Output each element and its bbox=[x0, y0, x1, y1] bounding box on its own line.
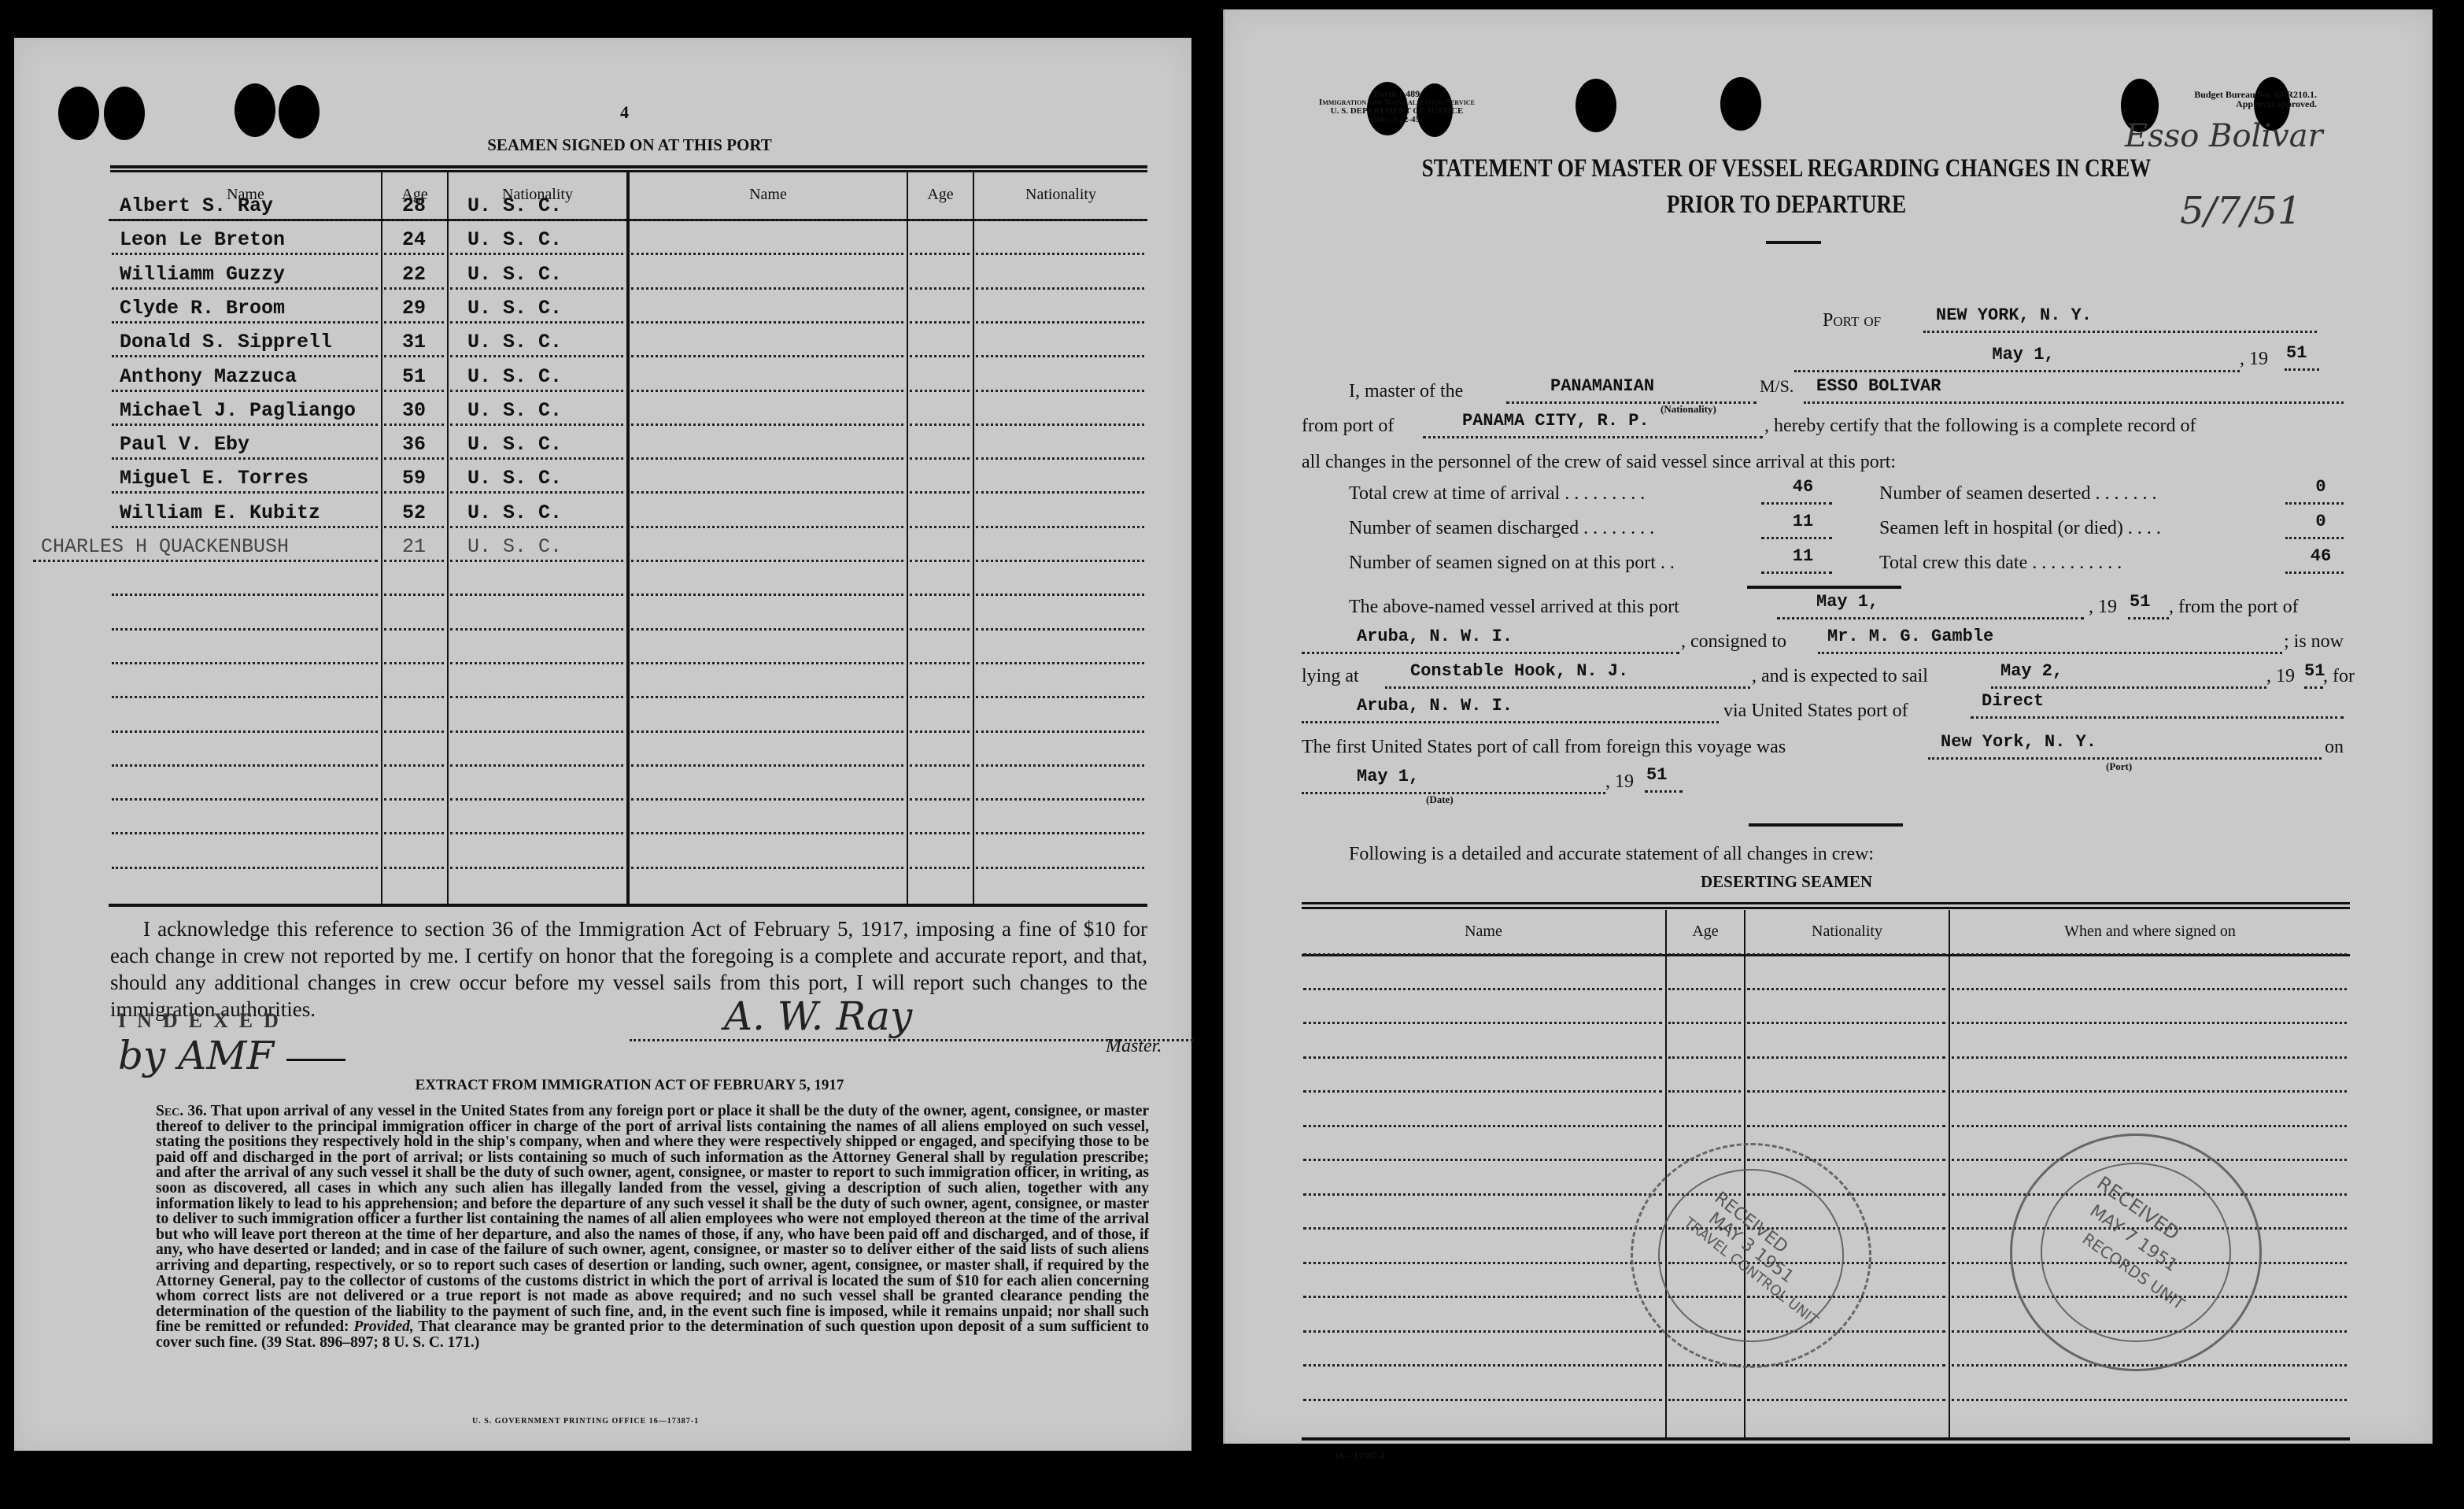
empty-cell bbox=[910, 631, 970, 664]
empty-cell bbox=[976, 256, 1144, 290]
empty-cell bbox=[910, 733, 970, 767]
empty-cell bbox=[631, 631, 903, 664]
empty-cell bbox=[631, 664, 903, 698]
empty-cell bbox=[1668, 956, 1741, 990]
empty-cell bbox=[631, 528, 903, 562]
empty-cell bbox=[450, 562, 623, 596]
cell-nationality: U. S. C. bbox=[450, 256, 623, 290]
seaman-name: William E. Kubitz bbox=[120, 501, 320, 524]
empty-cell bbox=[384, 664, 444, 698]
master-signature: A. W. Ray bbox=[724, 993, 912, 1039]
sail-date-field: May 2, bbox=[1991, 661, 2266, 689]
empty-cell bbox=[910, 597, 970, 631]
empty-cell bbox=[976, 494, 1144, 528]
empty-cell bbox=[112, 733, 378, 767]
empty-cell bbox=[631, 733, 903, 767]
empty-cell bbox=[450, 835, 623, 869]
cell-age: 36 bbox=[384, 426, 444, 460]
seaman-name: Clyde R. Broom bbox=[120, 297, 285, 320]
seaman-age: 22 bbox=[402, 263, 426, 286]
form-code: 16—17387-4 bbox=[1335, 1450, 1385, 1462]
count-label: Total crew at time of arrival . . . . . … bbox=[1349, 483, 1645, 505]
seaman-age: 24 bbox=[402, 228, 426, 251]
count-value-field: 11 bbox=[1761, 546, 1832, 574]
empty-cell bbox=[450, 631, 623, 664]
seaman-age: 21 bbox=[402, 535, 426, 558]
extract-title: EXTRACT FROM IMMIGRATION ACT OF FEBRUARY… bbox=[236, 1077, 1023, 1094]
received-stamp-travel-control: RECEIVED MAY 3 1951 TRAVEL CONTROL UNIT bbox=[1631, 1143, 1871, 1368]
empty-cell bbox=[976, 426, 1144, 460]
count-label: Seamen left in hospital (or died) . . . … bbox=[1879, 518, 2161, 539]
count-label: Number of seamen deserted . . . . . . . bbox=[1879, 483, 2157, 505]
empty-cell bbox=[631, 801, 903, 834]
cell-name: Williamm Guzzy bbox=[112, 256, 378, 290]
empty-cell bbox=[631, 494, 903, 528]
cell-nationality: U. S. C. bbox=[450, 528, 623, 562]
empty-cell bbox=[1668, 922, 1741, 956]
seaman-age: 52 bbox=[402, 501, 426, 524]
cell-age: 21 bbox=[384, 528, 444, 562]
empty-cell bbox=[112, 699, 378, 733]
seaman-age: 36 bbox=[402, 433, 426, 456]
punch-hole bbox=[1576, 79, 1616, 132]
cell-name: Albert S. Ray bbox=[112, 187, 378, 221]
printing-office-line: U. S. GOVERNMENT PRINTING OFFICE 16—1738… bbox=[472, 1417, 699, 1426]
cell-name: Anthony Mazzuca bbox=[112, 358, 378, 392]
empty-cell bbox=[1303, 1093, 1662, 1127]
empty-cell bbox=[1747, 1025, 1945, 1059]
empty-cell bbox=[910, 324, 970, 357]
empty-cell bbox=[1668, 1367, 1741, 1401]
cell-age: 28 bbox=[384, 187, 444, 221]
cell-nationality: U. S. C. bbox=[450, 358, 623, 392]
empty-cell bbox=[384, 801, 444, 834]
cell-name: Paul V. Eby bbox=[112, 426, 378, 460]
cell-nationality: U. S. C. bbox=[450, 426, 623, 460]
from-port-field: PANAMA CITY, R. P. bbox=[1423, 411, 1763, 438]
seaman-name: Paul V. Eby bbox=[120, 433, 249, 456]
empty-cell bbox=[976, 767, 1144, 801]
seaman-age: 59 bbox=[402, 467, 426, 490]
empty-cell bbox=[976, 733, 1144, 767]
empty-cell bbox=[976, 597, 1144, 631]
empty-cell bbox=[910, 767, 970, 801]
cell-nationality: U. S. C. bbox=[450, 187, 623, 221]
port-label: Port of bbox=[1823, 310, 1881, 331]
empty-cell bbox=[112, 767, 378, 801]
seaman-nationality: U. S. C. bbox=[467, 263, 562, 286]
empty-cell bbox=[1303, 1025, 1662, 1059]
empty-cell bbox=[1952, 990, 2347, 1024]
first-port-date-field: May 1, bbox=[1302, 767, 1605, 794]
first-port-field: New York, N. Y. bbox=[1928, 732, 2322, 760]
port-field: NEW YORK, N. Y. bbox=[1923, 305, 2317, 333]
cell-age: 52 bbox=[384, 494, 444, 528]
empty-cell bbox=[1668, 1059, 1741, 1093]
empty-cell bbox=[384, 767, 444, 801]
empty-cell bbox=[1747, 1367, 1945, 1401]
cell-age: 51 bbox=[384, 358, 444, 392]
cell-name: Michael J. Pagliango bbox=[112, 392, 378, 426]
seaman-name: Miguel E. Torres bbox=[120, 467, 308, 490]
cell-age: 31 bbox=[384, 324, 444, 357]
empty-cell bbox=[976, 835, 1144, 869]
seaman-name: CHARLES H QUACKENBUSH bbox=[41, 535, 289, 558]
empty-cell bbox=[384, 699, 444, 733]
seaman-age: 29 bbox=[402, 297, 426, 320]
via-port-field: Direct bbox=[1971, 691, 2344, 719]
empty-cell bbox=[910, 358, 970, 392]
empty-cell bbox=[976, 392, 1144, 426]
empty-cell bbox=[1952, 1093, 2347, 1127]
seaman-age: 28 bbox=[402, 194, 426, 217]
empty-cell bbox=[1303, 1196, 1662, 1230]
empty-cell bbox=[1952, 956, 2347, 990]
empty-cell bbox=[384, 562, 444, 596]
empty-cell bbox=[1303, 990, 1662, 1024]
cell-nationality: U. S. C. bbox=[450, 324, 623, 357]
seaman-nationality: U. S. C. bbox=[467, 501, 562, 524]
empty-cell bbox=[384, 631, 444, 664]
empty-cell bbox=[1303, 922, 1662, 956]
empty-cell bbox=[112, 835, 378, 869]
empty-cell bbox=[631, 767, 903, 801]
seaman-nationality: U. S. C. bbox=[467, 399, 562, 422]
page-number: 4 bbox=[620, 102, 629, 123]
extract-text: Sec. 36. That upon arrival of any vessel… bbox=[156, 1104, 1149, 1351]
empty-cell bbox=[976, 324, 1144, 357]
empty-cell bbox=[976, 528, 1144, 562]
cell-name: Donald S. Sipprell bbox=[112, 324, 378, 357]
punch-hole bbox=[58, 87, 99, 140]
empty-cell bbox=[976, 801, 1144, 834]
empty-cell bbox=[631, 358, 903, 392]
empty-cell bbox=[631, 187, 903, 221]
cell-name: William E. Kubitz bbox=[112, 494, 378, 528]
empty-cell bbox=[1303, 1127, 1662, 1161]
cell-nationality: U. S. C. bbox=[450, 392, 623, 426]
empty-cell bbox=[976, 221, 1144, 255]
empty-cell bbox=[910, 256, 970, 290]
empty-cell bbox=[631, 256, 903, 290]
empty-cell bbox=[1668, 1093, 1741, 1127]
seaman-nationality: U. S. C. bbox=[467, 228, 562, 251]
cell-age: 30 bbox=[384, 392, 444, 426]
punch-hole bbox=[279, 85, 320, 139]
empty-cell bbox=[1952, 1059, 2347, 1093]
nationality-field: PANAMANIAN bbox=[1506, 376, 1757, 404]
empty-cell bbox=[976, 460, 1144, 494]
empty-cell bbox=[910, 187, 970, 221]
empty-cell bbox=[1747, 1093, 1945, 1127]
form-header: Form I-489 Immigration and Naturalizatio… bbox=[1306, 90, 1487, 124]
count-label: Number of seamen signed on at this port … bbox=[1349, 553, 1675, 574]
empty-cell bbox=[631, 290, 903, 324]
empty-cell bbox=[910, 562, 970, 596]
empty-cell bbox=[1303, 1162, 1662, 1196]
punch-hole bbox=[1720, 77, 1761, 131]
empty-cell bbox=[450, 699, 623, 733]
empty-cell bbox=[631, 392, 903, 426]
empty-cell bbox=[910, 528, 970, 562]
cell-name: Miguel E. Torres bbox=[112, 460, 378, 494]
empty-cell bbox=[976, 631, 1144, 664]
empty-cell bbox=[976, 562, 1144, 596]
empty-cell bbox=[910, 290, 970, 324]
section-title: SEAMEN SIGNED ON AT THIS PORT bbox=[0, 135, 1259, 155]
seaman-name: Michael J. Pagliango bbox=[120, 399, 356, 422]
cell-name: Clyde R. Broom bbox=[112, 290, 378, 324]
empty-cell bbox=[1952, 1025, 2347, 1059]
empty-cell bbox=[631, 221, 903, 255]
cell-age: 59 bbox=[384, 460, 444, 494]
changes-intro: Following is a detailed and accurate sta… bbox=[1349, 844, 1874, 865]
seaman-name: Donald S. Sipprell bbox=[120, 331, 332, 353]
empty-cell bbox=[910, 835, 970, 869]
cell-nationality: U. S. C. bbox=[450, 494, 623, 528]
seaman-name: Leon Le Breton bbox=[120, 228, 285, 251]
empty-cell bbox=[384, 597, 444, 631]
indexed-stamp: INDEXED bbox=[118, 1009, 290, 1033]
lying-at-field: Constable Hook, N. J. bbox=[1385, 661, 1750, 689]
vessel-name-field: ESSO BOLIVAR bbox=[1804, 376, 2344, 404]
seaman-nationality: U. S. C. bbox=[467, 365, 562, 388]
cell-nationality: U. S. C. bbox=[450, 290, 623, 324]
punch-hole bbox=[235, 83, 275, 137]
punch-hole bbox=[104, 87, 145, 140]
empty-cell bbox=[1747, 956, 1945, 990]
seaman-age: 30 bbox=[402, 399, 426, 422]
seaman-age: 51 bbox=[402, 365, 426, 388]
empty-cell bbox=[910, 460, 970, 494]
cell-age: 29 bbox=[384, 290, 444, 324]
arrival-from-field: Aruba, N. W. I. bbox=[1302, 627, 1679, 654]
empty-cell bbox=[112, 597, 378, 631]
empty-cell bbox=[631, 460, 903, 494]
seaman-name: Albert S. Ray bbox=[120, 194, 273, 217]
empty-cell bbox=[1303, 1059, 1662, 1093]
vessel-type: M/S. bbox=[1760, 376, 1794, 397]
seaman-nationality: U. S. C. bbox=[467, 297, 562, 320]
seaman-age: 31 bbox=[402, 331, 426, 353]
empty-cell bbox=[976, 664, 1144, 698]
seaman-name: Williamm Guzzy bbox=[120, 263, 285, 286]
empty-cell bbox=[1952, 922, 2347, 956]
empty-cell bbox=[450, 664, 623, 698]
year-field: 51 bbox=[2285, 343, 2319, 371]
empty-cell bbox=[631, 426, 903, 460]
count-label: Number of seamen discharged . . . . . . … bbox=[1349, 518, 1654, 539]
empty-cell bbox=[112, 664, 378, 698]
seaman-nationality: U. S. C. bbox=[467, 331, 562, 353]
empty-cell bbox=[112, 801, 378, 834]
count-value-field: 0 bbox=[2285, 477, 2344, 505]
empty-cell bbox=[1668, 990, 1741, 1024]
empty-cell bbox=[1303, 1264, 1662, 1298]
seaman-name: Anthony Mazzuca bbox=[120, 365, 297, 388]
destination-field: Aruba, N. W. I. bbox=[1302, 696, 1719, 723]
acknowledgement-text: I acknowledge this reference to section … bbox=[110, 915, 1147, 1023]
empty-cell bbox=[910, 494, 970, 528]
empty-cell bbox=[1747, 922, 1945, 956]
form-subtitle: PRIOR TO DEPARTURE bbox=[1367, 190, 2206, 220]
consignee-field: Mr. M. G. Gamble bbox=[1818, 627, 2282, 654]
empty-cell bbox=[910, 664, 970, 698]
empty-cell bbox=[976, 699, 1144, 733]
empty-cell bbox=[450, 597, 623, 631]
budget-bureau-no: Budget Bureau No. 43-R210.1. Approval ap… bbox=[2159, 90, 2317, 109]
empty-cell bbox=[910, 221, 970, 255]
empty-cell bbox=[112, 562, 378, 596]
indexed-initials: by AMF bbox=[118, 1033, 274, 1078]
empty-cell bbox=[631, 699, 903, 733]
form-title: STATEMENT OF MASTER OF VESSEL REGARDING … bbox=[1367, 154, 2206, 183]
empty-cell bbox=[976, 187, 1144, 221]
empty-cell bbox=[631, 324, 903, 357]
empty-cell bbox=[450, 801, 623, 834]
count-value-field: 46 bbox=[2285, 546, 2344, 574]
empty-cell bbox=[384, 835, 444, 869]
empty-cell bbox=[976, 358, 1144, 392]
empty-cell bbox=[450, 767, 623, 801]
empty-cell bbox=[631, 562, 903, 596]
empty-cell bbox=[1303, 1333, 1662, 1367]
count-label: Total crew this date . . . . . . . . . . bbox=[1879, 553, 2122, 574]
count-value-field: 46 bbox=[1761, 477, 1832, 505]
empty-cell bbox=[910, 699, 970, 733]
seaman-nationality: U. S. C. bbox=[467, 467, 562, 490]
empty-cell bbox=[1747, 1059, 1945, 1093]
seaman-nationality: U. S. C. bbox=[467, 433, 562, 456]
empty-cell bbox=[631, 835, 903, 869]
empty-cell bbox=[1303, 1367, 1662, 1401]
empty-cell bbox=[910, 801, 970, 834]
arrival-date-field: May 1, bbox=[1777, 592, 2084, 620]
deserting-seamen-title: DESERTING SEAMEN bbox=[1653, 872, 1920, 892]
empty-cell bbox=[112, 631, 378, 664]
handwritten-vessel-name: Esso Bolivar bbox=[2125, 118, 2323, 154]
seaman-nationality: U. S. C. bbox=[467, 535, 562, 558]
empty-cell bbox=[1747, 990, 1945, 1024]
empty-cell bbox=[910, 426, 970, 460]
master-label: Master. bbox=[1106, 1036, 1162, 1057]
first-port-year-field: 51 bbox=[1645, 765, 1683, 793]
count-value-field: 0 bbox=[2285, 512, 2344, 539]
seaman-nationality: U. S. C. bbox=[467, 194, 562, 217]
empty-cell bbox=[1952, 1367, 2347, 1401]
cell-name: CHARLES H QUACKENBUSH bbox=[33, 528, 378, 562]
received-stamp-records-unit: RECEIVED MAY 7 1951 RECORDS UNIT bbox=[2010, 1134, 2262, 1371]
empty-cell bbox=[1668, 1025, 1741, 1059]
cell-age: 24 bbox=[384, 221, 444, 255]
count-value-field: 11 bbox=[1761, 512, 1832, 539]
date-field: May 1, bbox=[1794, 345, 2240, 372]
empty-cell bbox=[910, 392, 970, 426]
empty-cell bbox=[631, 597, 903, 631]
arrival-year-field: 51 bbox=[2128, 592, 2169, 620]
empty-cell bbox=[450, 733, 623, 767]
cell-name: Leon Le Breton bbox=[112, 221, 378, 255]
empty-cell bbox=[976, 290, 1144, 324]
empty-cell bbox=[384, 733, 444, 767]
empty-cell bbox=[1303, 1299, 1662, 1333]
cell-nationality: U. S. C. bbox=[450, 221, 623, 255]
empty-cell bbox=[1303, 956, 1662, 990]
sail-year-field: 51 bbox=[2304, 661, 2323, 689]
empty-cell bbox=[1303, 1230, 1662, 1264]
cell-nationality: U. S. C. bbox=[450, 460, 623, 494]
cell-age: 22 bbox=[384, 256, 444, 290]
